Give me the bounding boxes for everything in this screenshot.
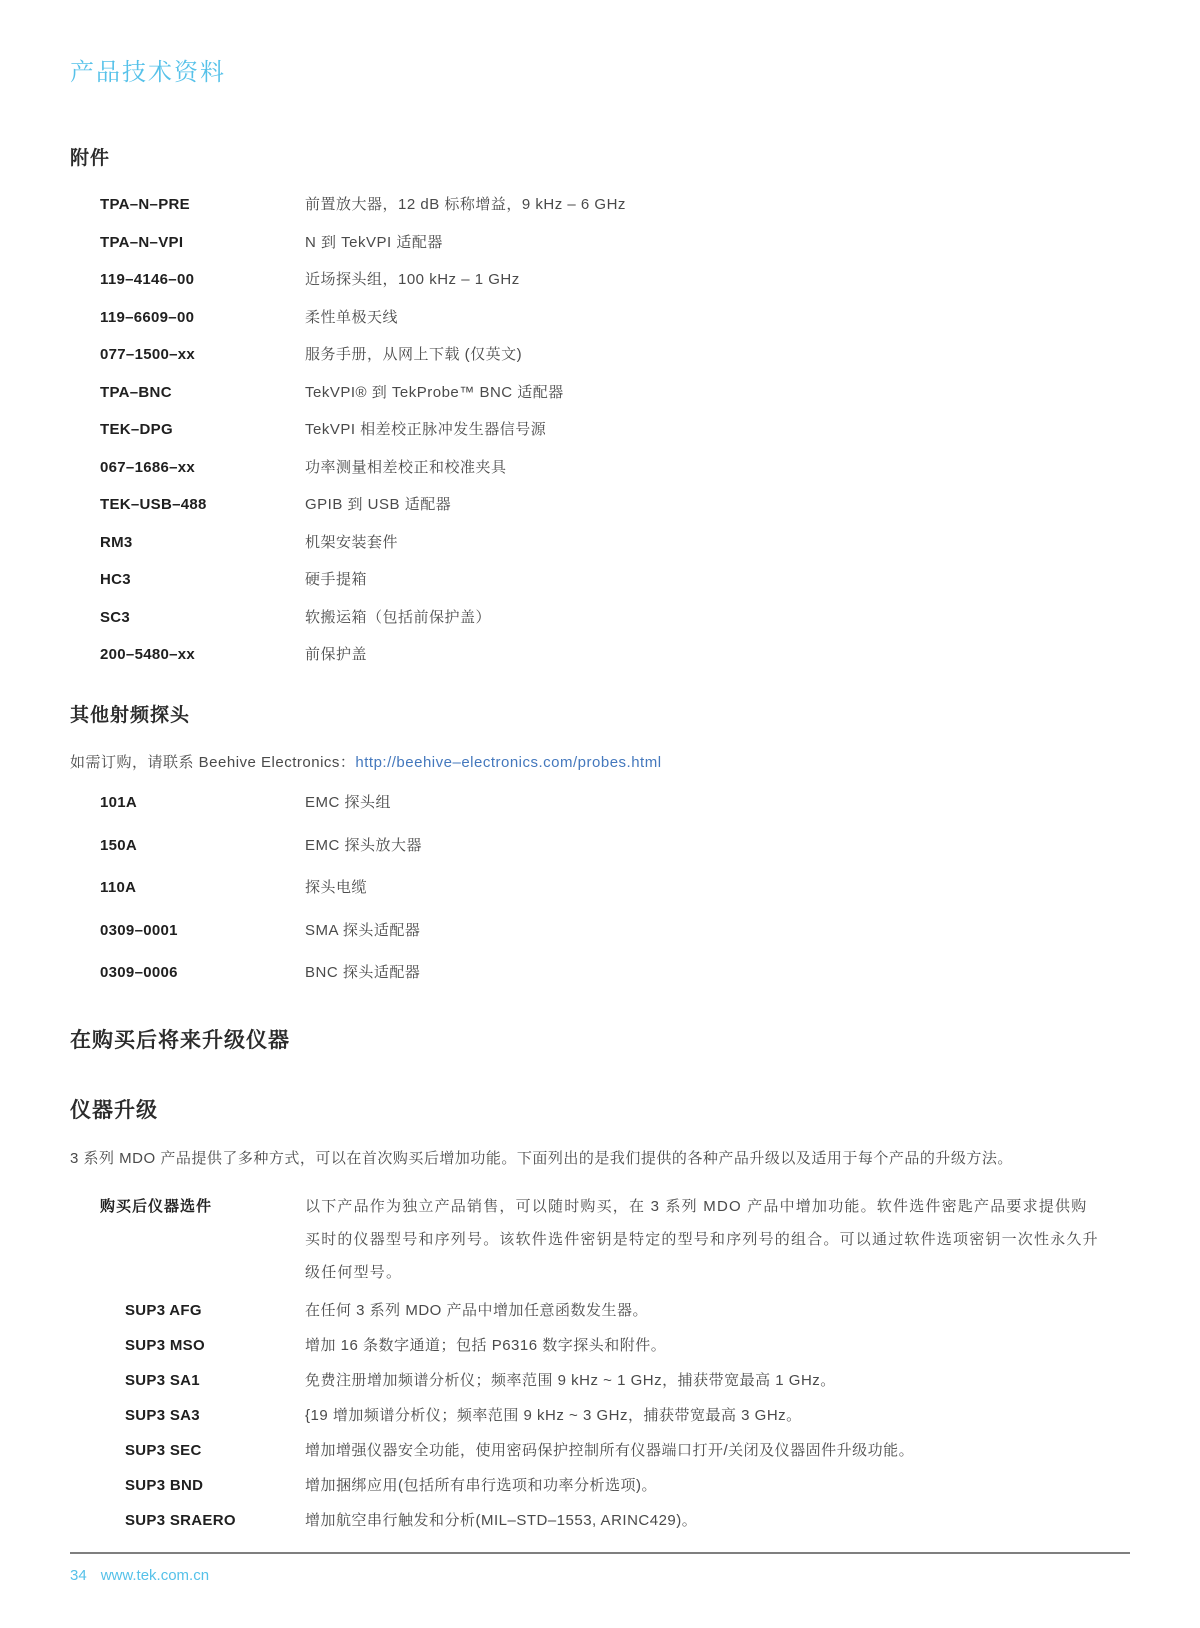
upgrades-intro-paragraph: 3 系列 MDO 产品提供了多种方式，可以在首次购买后增加功能。下面列出的是我们… [70,1149,1130,1169]
accessory-row: TPA–BNC TekVPI® 到 TekProbe™ BNC 适配器 [70,383,1130,402]
post-purchase-options-row: 购买后仪器选件 以下产品作为独立产品销售，可以随时购买，在 3 系列 MDO 产… [70,1190,1130,1289]
option-number: SUP3 SEC [70,1441,305,1460]
part-number: 067–1686–xx [70,458,305,477]
accessory-row: TEK–USB–488 GPIB 到 USB 适配器 [70,495,1130,514]
part-number: SC3 [70,608,305,627]
part-number: 110A [70,878,305,897]
rf-probe-row: 0309–0006 BNC 探头适配器 [70,963,1130,982]
section-title-instrument-upgrades: 仪器升级 [70,1094,1130,1124]
part-description: SMA 探头适配器 [305,921,1130,940]
option-number: SUP3 SA3 [70,1406,305,1425]
accessory-row: HC3 硬手提箱 [70,570,1130,589]
part-description: GPIB 到 USB 适配器 [305,495,1130,514]
rf-order-line: 如需订购，请联系 Beehive Electronics：http://beeh… [70,751,1130,772]
part-description: 前保护盖 [305,645,1130,664]
upgrade-option-row: SUP3 SA1 免费注册增加频谱分析仪；频率范围 9 kHz ~ 1 GHz，… [70,1371,1130,1390]
option-description: 增加 16 条数字通道；包括 P6316 数字探头和附件。 [305,1336,1130,1355]
part-description: 服务手册，从网上下载 (仅英文) [305,345,1130,364]
beehive-probes-link[interactable]: http://beehive–electronics.com/probes.ht… [355,754,661,771]
part-number: 150A [70,836,305,855]
doc-type-label: 产品技术资料 [70,0,1130,87]
part-description: 机架安装套件 [305,533,1130,552]
part-number: HC3 [70,570,305,589]
option-description: 增加增强仪器安全功能，使用密码保护控制所有仪器端口打开/关闭及仪器固件升级功能。 [305,1441,1130,1460]
part-number: 200–5480–xx [70,645,305,664]
upgrade-options-list: SUP3 AFG 在任何 3 系列 MDO 产品中增加任意函数发生器。 SUP3… [70,1301,1130,1530]
part-number: TPA–N–VPI [70,233,305,252]
accessory-row: 200–5480–xx 前保护盖 [70,645,1130,664]
accessory-row: 119–4146–00 近场探头组，100 kHz – 1 GHz [70,270,1130,289]
part-description: TekVPI® 到 TekProbe™ BNC 适配器 [305,383,1130,402]
section-title-accessories: 附件 [70,143,1130,170]
accessory-row: SC3 软搬运箱（包括前保护盖） [70,608,1130,627]
part-description: 硬手提箱 [305,570,1130,589]
part-number: 101A [70,793,305,812]
rf-probe-row: 0309–0001 SMA 探头适配器 [70,921,1130,940]
post-purchase-options-label: 购买后仪器选件 [70,1190,305,1289]
part-number: TEK–DPG [70,420,305,439]
part-description: 软搬运箱（包括前保护盖） [305,608,1130,627]
option-description: 在任何 3 系列 MDO 产品中增加任意函数发生器。 [305,1301,1130,1320]
part-description: 功率测量相差校正和校准夹具 [305,458,1130,477]
upgrade-option-row: SUP3 BND 增加捆绑应用(包括所有串行选项和功率分析选项)。 [70,1476,1130,1495]
rf-probe-row: 101A EMC 探头组 [70,793,1130,812]
upgrade-option-row: SUP3 SRAERO 增加航空串行触发和分析(MIL–STD–1553, AR… [70,1511,1130,1530]
part-description: 柔性单极天线 [305,308,1130,327]
option-description: 增加航空串行触发和分析(MIL–STD–1553, ARINC429)。 [305,1511,1130,1530]
part-description: BNC 探头适配器 [305,963,1130,982]
option-number: SUP3 SRAERO [70,1511,305,1530]
part-number: RM3 [70,533,305,552]
accessory-row: 067–1686–xx 功率测量相差校正和校准夹具 [70,458,1130,477]
accessory-row: TPA–N–PRE 前置放大器，12 dB 标称增益，9 kHz – 6 GHz [70,195,1130,214]
datasheet-page: 产品技术资料 附件 TPA–N–PRE 前置放大器，12 dB 标称增益，9 k… [0,0,1200,1628]
part-number: TPA–BNC [70,383,305,402]
part-description: N 到 TekVPI 适配器 [305,233,1130,252]
part-number: TEK–USB–488 [70,495,305,514]
option-number: SUP3 AFG [70,1301,305,1320]
part-description: EMC 探头组 [305,793,1130,812]
upgrade-option-row: SUP3 AFG 在任何 3 系列 MDO 产品中增加任意函数发生器。 [70,1301,1130,1320]
section-title-future-upgrades: 在购买后将来升级仪器 [70,1024,1130,1054]
accessories-list: TPA–N–PRE 前置放大器，12 dB 标称增益，9 kHz – 6 GHz… [70,195,1130,664]
rf-probes-list: 101A EMC 探头组 150A EMC 探头放大器 110A 探头电缆 03… [70,793,1130,982]
footer-website-link[interactable]: www.tek.com.cn [101,1567,209,1584]
option-description: 免费注册增加频谱分析仪；频率范围 9 kHz ~ 1 GHz，捕获带宽最高 1 … [305,1371,1130,1390]
option-number: SUP3 BND [70,1476,305,1495]
upgrade-option-row: SUP3 MSO 增加 16 条数字通道；包括 P6316 数字探头和附件。 [70,1336,1130,1355]
part-description: 前置放大器，12 dB 标称增益，9 kHz – 6 GHz [305,195,1130,214]
option-number: SUP3 SA1 [70,1371,305,1390]
part-number: 119–4146–00 [70,270,305,289]
upgrade-option-row: SUP3 SEC 增加增强仪器安全功能，使用密码保护控制所有仪器端口打开/关闭及… [70,1441,1130,1460]
rf-probe-row: 150A EMC 探头放大器 [70,836,1130,855]
part-number: 0309–0006 [70,963,305,982]
accessory-row: TEK–DPG TekVPI 相差校正脉冲发生器信号源 [70,420,1130,439]
rf-probe-row: 110A 探头电缆 [70,878,1130,897]
option-description: 增加捆绑应用(包括所有串行选项和功率分析选项)。 [305,1476,1130,1495]
option-number: SUP3 MSO [70,1336,305,1355]
accessory-row: 119–6609–00 柔性单极天线 [70,308,1130,327]
rf-order-text: 如需订购，请联系 Beehive Electronics： [70,754,355,771]
accessory-row: TPA–N–VPI N 到 TekVPI 适配器 [70,233,1130,252]
part-number: 0309–0001 [70,921,305,940]
part-description: EMC 探头放大器 [305,836,1130,855]
part-number: 119–6609–00 [70,308,305,327]
section-title-rf-probes: 其他射频探头 [70,700,1130,727]
part-description: TekVPI 相差校正脉冲发生器信号源 [305,420,1130,439]
accessory-row: 077–1500–xx 服务手册，从网上下载 (仅英文) [70,345,1130,364]
page-footer: 34www.tek.com.cn [70,1552,1130,1584]
post-purchase-options-description: 以下产品作为独立产品销售，可以随时购买，在 3 系列 MDO 产品中增加功能。软… [305,1190,1100,1289]
part-description: 近场探头组，100 kHz – 1 GHz [305,270,1130,289]
option-description: {19 增加频谱分析仪；频率范围 9 kHz ~ 3 GHz，捕获带宽最高 3 … [305,1406,1130,1425]
page-number: 34 [70,1567,87,1584]
accessory-row: RM3 机架安装套件 [70,533,1130,552]
part-description: 探头电缆 [305,878,1130,897]
upgrade-option-row: SUP3 SA3 {19 增加频谱分析仪；频率范围 9 kHz ~ 3 GHz，… [70,1406,1130,1425]
part-number: 077–1500–xx [70,345,305,364]
part-number: TPA–N–PRE [70,195,305,214]
